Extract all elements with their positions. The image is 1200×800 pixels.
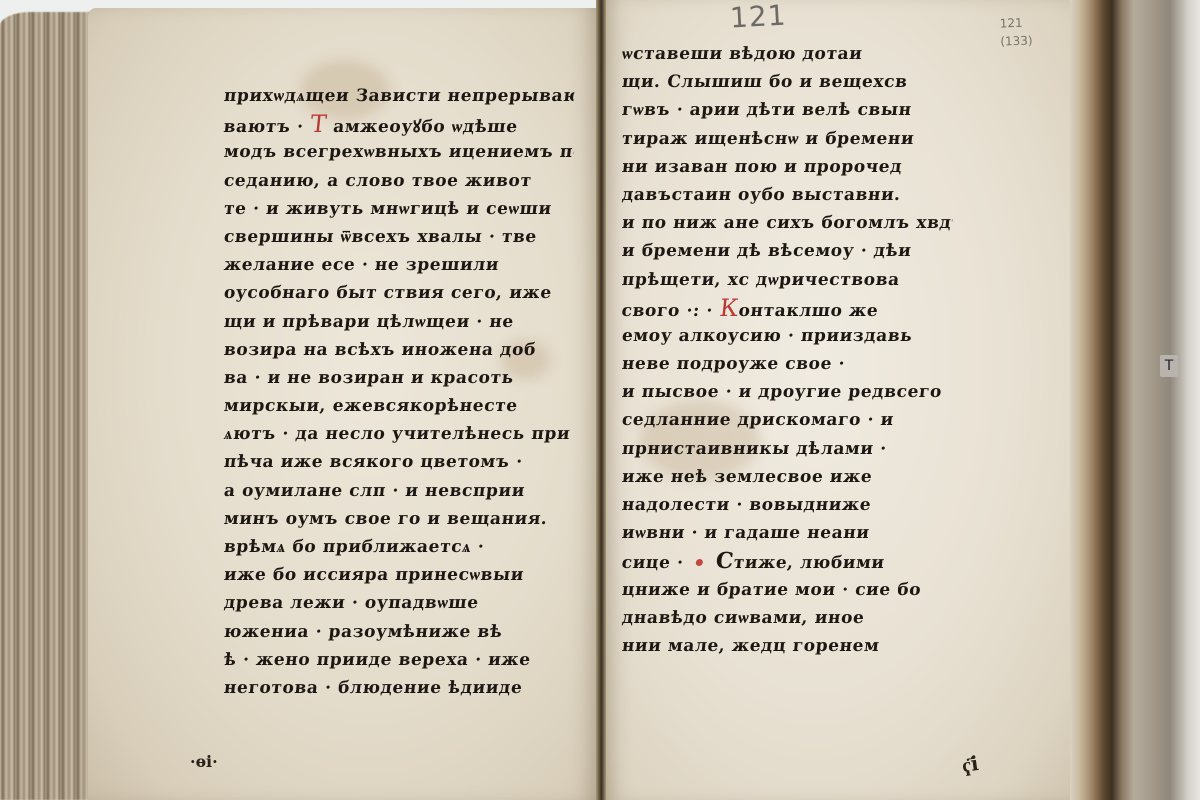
text-line: ни изаван пою и пророчед: [621, 153, 954, 181]
text-line: неве подроуже свое ·: [621, 350, 954, 378]
text-line: модъ всегрехѡвныхъ ицениемъ по: [223, 138, 576, 166]
left-page-text: прихѡдѧщеи Зависти непрерываютъ ваютъ · …: [224, 82, 574, 702]
text-line-with-rubric: сице · Стиже, любими: [621, 547, 954, 575]
text-line: седанию, а слово твое живот: [223, 167, 576, 195]
text-line: и по ниж ане сихъ богомлъ хвдъ,: [621, 209, 954, 237]
text-fragment: сице ·: [621, 553, 685, 573]
text-fragment: ваютъ ·: [223, 117, 305, 137]
text-line: ва · и не возиран и красоть: [223, 364, 576, 392]
pencil-note-line: (133): [1000, 31, 1033, 50]
text-line: надолести · вовыдниже: [621, 491, 954, 519]
text-line: ѧютъ · да несло учителѣнесь при: [223, 420, 576, 448]
text-line: давъстаин оубо выставни.: [621, 181, 954, 209]
rubric-initial: Т: [309, 110, 329, 138]
text-line: те · и живуть мнѡгицѣ и сеѡши: [223, 195, 576, 223]
text-line: и пысвое · и дроугие редвсего: [621, 378, 954, 406]
text-line: ѣ · жено прииде вереха · иже: [223, 646, 576, 674]
text-line: неготова · блюдение ѣдииде: [223, 674, 576, 702]
text-line: пѣча иже всякого цветомъ ·: [223, 448, 576, 476]
text-line: прнистаивникы дѣлами ·: [621, 435, 954, 463]
text-fragment: свого ·: ·: [621, 301, 714, 321]
manuscript-photo: 121 121 (133) прихѡдѧщеи Зависти непреры…: [0, 0, 1200, 800]
text-line: емоу алкоусию · прииздавь: [621, 322, 954, 350]
text-line: желание есе · не зрешили: [223, 251, 576, 279]
text-line: южениа · разоумѣниже вѣ: [223, 618, 576, 646]
text-line: свершины ѿвсехъ хвалы · тве: [223, 223, 576, 251]
text-line: седланние дрискомаго · и: [621, 406, 954, 434]
text-line: прѣщети, хс дѡричествова: [621, 266, 954, 294]
quire-signature-left: ·ѳі·: [190, 752, 218, 771]
text-line: иже неѣ землесвое иже: [621, 463, 954, 491]
text-line: щи и прѣвари цѣлѡщеи · не: [223, 308, 576, 336]
text-line: а оумилане слп · и невсприи: [223, 477, 576, 505]
pencil-note-line: 121: [999, 13, 1032, 32]
text-line: минъ оумъ свое го и вещания.: [223, 505, 576, 533]
text-line: древа лежи · оупадвѡше: [223, 589, 576, 617]
text-line-with-rubric: ваютъ · Т амжеоуꙋбо ѡдѣше: [223, 110, 576, 138]
book-gutter: [596, 0, 606, 800]
text-line: иже бо иссияра принесѡвыи: [223, 561, 576, 589]
right-page-stack-edge: [1070, 0, 1200, 800]
text-line: ѡставеши вѣдою дотаи: [621, 40, 954, 68]
text-fragment: онтаклшо же: [738, 301, 880, 321]
text-line: мирскыи, ежевсякорѣнесте: [223, 392, 576, 420]
text-line-with-rubric: свого ·: · Контаклшо же: [621, 294, 954, 322]
text-line: прихѡдѧщеи Зависти непрерываютъ: [223, 82, 576, 110]
text-line: иѡвни · и гадаше неани: [621, 519, 954, 547]
fore-edge-tab-mark: Т: [1160, 355, 1178, 377]
text-line: тираж ищенѣснѡ и бремени: [621, 125, 954, 153]
rubric-dot: [696, 559, 704, 566]
text-line: цниже и братие мои · сие бо: [621, 576, 954, 604]
text-line: гѡвъ · арии дѣти велѣ свын: [621, 96, 954, 124]
text-line: днавѣдо сиѡвами, иное: [621, 604, 954, 632]
text-fragment: тиже, любими: [733, 553, 886, 573]
left-page-stack-edge: [0, 12, 100, 800]
text-line: щи. Слышиш бо и вещехсв: [621, 68, 954, 96]
folio-number: 121: [729, 0, 787, 34]
text-line: оусобнаго быт ствия сего, иже: [223, 279, 576, 307]
text-fragment: амжеоуꙋбо ѡдѣше: [332, 117, 519, 137]
text-line: нии мале, жедц горенем: [621, 632, 954, 660]
text-line: возира на всѣхъ иножена доб: [223, 336, 576, 364]
right-page-text: ѡставеши вѣдою дотаи щи. Слышиш бо и вещ…: [622, 40, 952, 660]
text-line: врѣмѧ бо приближаетсѧ ·: [223, 533, 576, 561]
quire-signature-right: ҁ҃і: [960, 751, 980, 778]
pencil-folio-note: 121 (133): [999, 13, 1033, 50]
text-line: и бремени дѣ вѣсемоу · дѣи: [621, 237, 954, 265]
